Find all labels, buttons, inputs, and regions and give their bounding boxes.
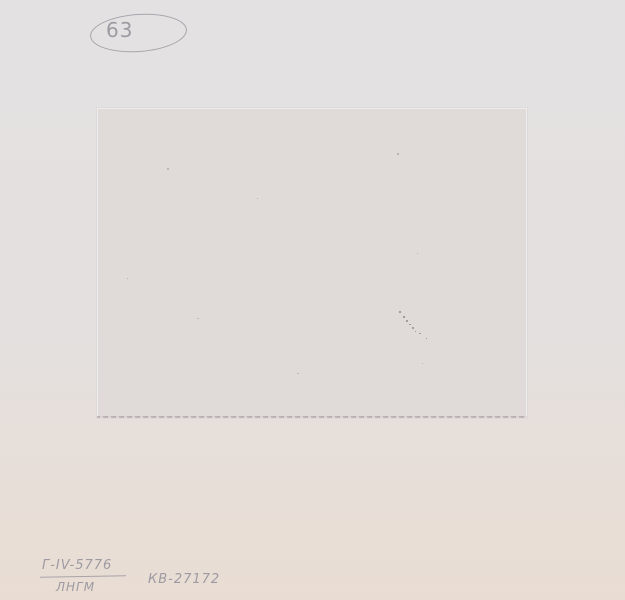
paper-sheet: 63 Г-IV-5776 ЛНГМ КВ-27172 [0,0,625,600]
inventory-divider [40,575,126,578]
speck [167,168,169,170]
speck [397,153,399,155]
inventory-number: Г-IV-5776 [42,558,112,573]
speck [197,318,199,319]
speck [297,373,299,374]
circled-number-outline [89,11,188,56]
circled-number: 63 [106,18,133,42]
speck [417,253,418,254]
collection-code: ЛНГМ [56,580,95,594]
plate-mark [97,108,527,418]
speck [257,198,258,199]
catalog-number: КВ-27172 [148,572,220,587]
speck [127,278,128,279]
speck [422,363,423,364]
plate-bottom-edge [97,416,527,418]
